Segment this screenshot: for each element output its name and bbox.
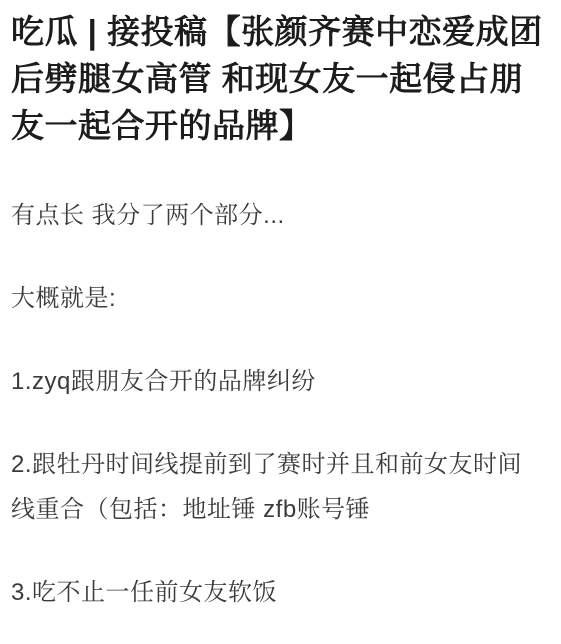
post-paragraph-point-2: 2.跟牡丹时间线提前到了赛时并且和前女友时间线重合（包括：地址锤 zfb账号锤 [11, 442, 545, 532]
post-paragraph-point-1: 1.zyq跟朋友合开的品牌纠纷 [11, 359, 545, 404]
post-title: 吃瓜 | 接投稿【张颜齐赛中恋爱成团后劈腿女高管 和现女友一起侵占朋友一起合开的… [11, 8, 545, 149]
post-paragraph-summary-lead: 大概就是: [11, 276, 545, 321]
post-page: 吃瓜 | 接投稿【张颜齐赛中恋爱成团后劈腿女高管 和现女友一起侵占朋友一起合开的… [0, 0, 561, 644]
post-paragraph-intro: 有点长 我分了两个部分... [11, 193, 545, 238]
post-paragraph-point-3: 3.吃不止一任前女友软饭 [11, 570, 545, 615]
